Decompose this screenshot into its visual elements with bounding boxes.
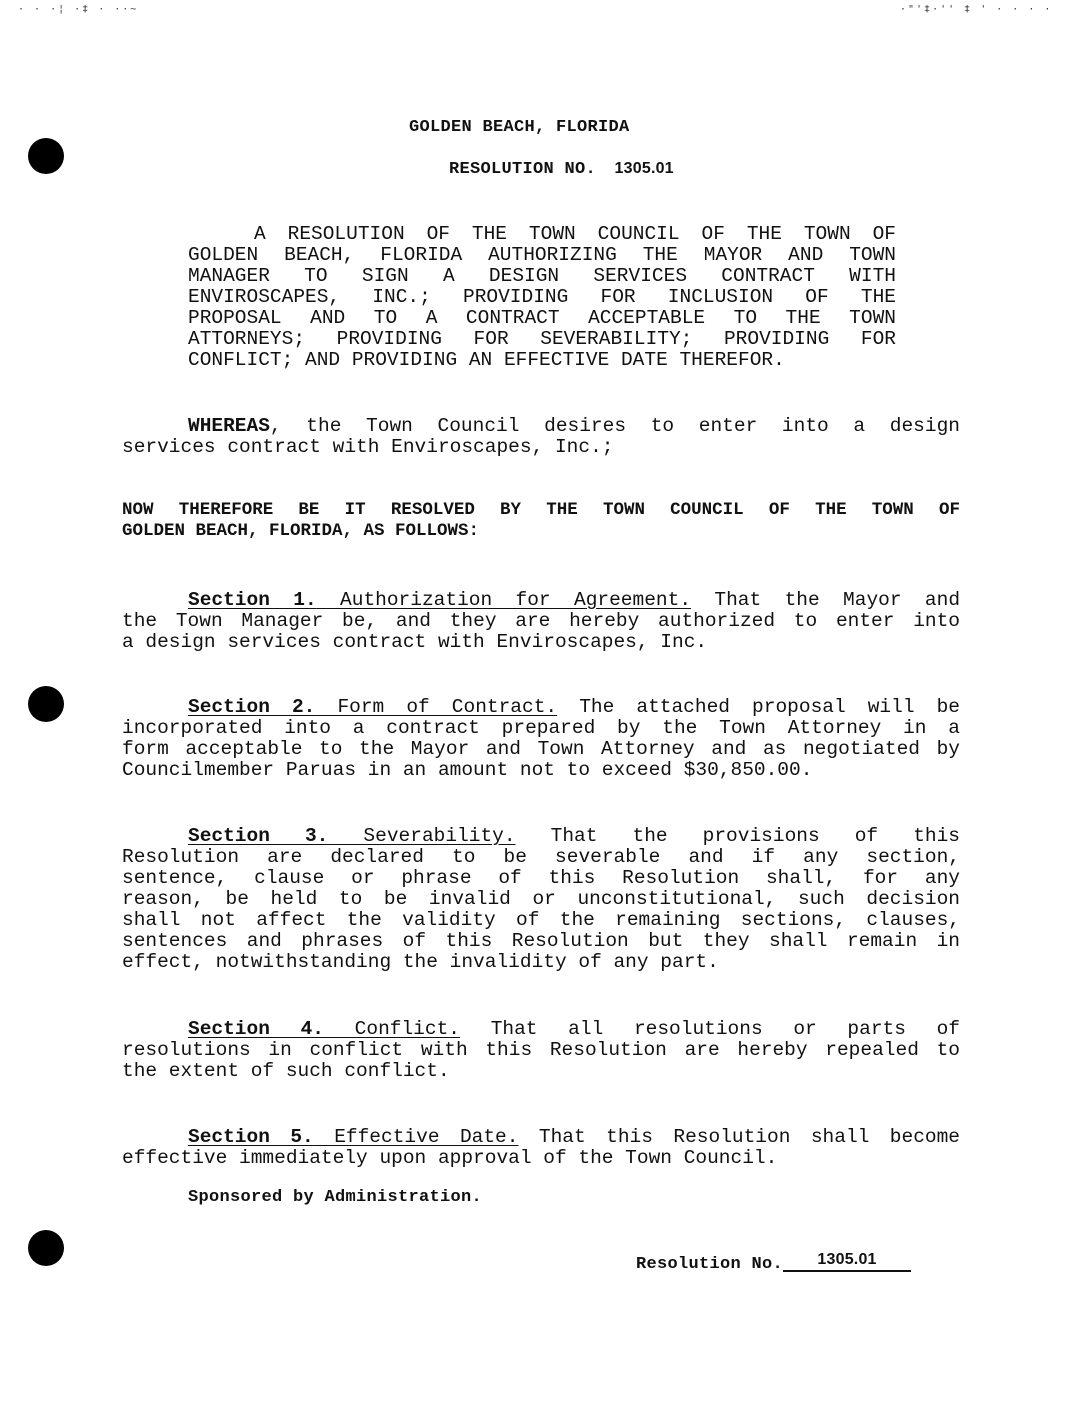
section-3-line: shall not affect the validity of the rem… — [122, 910, 960, 931]
whereas-line-2: services contract with Enviroscapes, Inc… — [122, 437, 960, 458]
section-4-first-line: Section 4. Conflict. That all resolution… — [122, 1019, 960, 1040]
section-3-first-line: Section 3. Severability. That the provis… — [122, 826, 960, 847]
title-line: GOLDEN BEACH, FLORIDA AUTHORIZING THE MA… — [188, 245, 896, 266]
section-3-line: Resolution are declared to be severable … — [122, 847, 960, 868]
section-1-first-line: Section 1.Section 1. Authorization for A… — [122, 590, 960, 611]
section-5: Section 5. Effective Date. That this Res… — [122, 1127, 960, 1169]
section-2: Section 2. Form of Contract. The attache… — [122, 697, 960, 781]
footer-resolution: Resolution No.1305.01 — [636, 1255, 911, 1276]
resolution-number: 1305.01 — [615, 160, 674, 177]
whereas-line-1: WHEREAS, the Town Council desires to ent… — [122, 416, 960, 437]
scan-artifact-top-right: ·"'‡·'' ‡ ' · · · · — [900, 4, 1052, 15]
punch-hole-top — [28, 138, 64, 174]
resolved-line-2: GOLDEN BEACH, FLORIDA, AS FOLLOWS: — [122, 521, 960, 542]
section-1-line: the Town Manager be, and they are hereby… — [122, 611, 960, 632]
resolved-line-1: NOW THEREFORE BE IT RESOLVED BY THE TOWN… — [122, 500, 960, 521]
section-5-line: effective immediately upon approval of t… — [122, 1148, 960, 1169]
section-1: Section 1.Section 1. Authorization for A… — [122, 590, 960, 653]
resolution-title: A RESOLUTION OF THE TOWN COUNCIL OF THE … — [188, 224, 896, 371]
section-3: Section 3. Severability. That the provis… — [122, 826, 960, 973]
title-line: PROPOSAL AND TO A CONTRACT ACCEPTABLE TO… — [188, 308, 896, 329]
section-2-line: Councilmember Paruas in an amount not to… — [122, 760, 960, 781]
title-line: ENVIROSCAPES, INC.; PROVIDING FOR INCLUS… — [188, 287, 896, 308]
section-1-line: a design services contract with Envirosc… — [122, 632, 960, 653]
section-3-line: reason, be held to be invalid or unconst… — [122, 889, 960, 910]
title-line: A RESOLUTION OF THE TOWN COUNCIL OF THE … — [188, 224, 896, 245]
punch-hole-middle — [28, 686, 64, 722]
section-5-first-line: Section 5. Effective Date. That this Res… — [122, 1127, 960, 1148]
section-4-line: resolutions in conflict with this Resolu… — [122, 1040, 960, 1061]
section-2-line: form acceptable to the Mayor and Town At… — [122, 739, 960, 760]
section-4-line: the extent of such conflict. — [122, 1061, 960, 1082]
resolved-clause: NOW THEREFORE BE IT RESOLVED BY THE TOWN… — [122, 500, 960, 542]
section-2-first-line: Section 2. Form of Contract. The attache… — [122, 697, 960, 718]
section-4: Section 4. Conflict. That all resolution… — [122, 1019, 960, 1082]
section-3-line: sentences and phrases of this Resolution… — [122, 931, 960, 952]
section-3-heading: Section 3. Severability. — [188, 825, 516, 847]
title-line: CONFLICT; AND PROVIDING AN EFFECTIVE DAT… — [188, 350, 896, 371]
section-4-heading: Section 4. Conflict. — [188, 1018, 460, 1040]
municipality-heading: GOLDEN BEACH, FLORIDA — [409, 118, 630, 137]
resolution-label: RESOLUTION NO. — [449, 160, 596, 179]
title-line: ATTORNEYS; PROVIDING FOR SEVERABILITY; P… — [188, 329, 896, 350]
section-2-heading: Section 2. Form of Contract. — [188, 696, 557, 718]
sponsor-line: Sponsored by Administration. — [188, 1188, 482, 1207]
signature-line: 1305.01 — [783, 1251, 911, 1272]
resolution-number-heading: RESOLUTION NO. 1305.01 — [449, 160, 674, 179]
footer-resolution-number: 1305.01 — [817, 1251, 876, 1268]
scan-artifact-top-left: · · ·¦ ·‡ · ··~ — [18, 4, 138, 15]
section-2-line: incorporated into a contract prepared by… — [122, 718, 960, 739]
section-5-heading: Section 5. Effective Date. — [188, 1126, 518, 1148]
footer-resolution-label: Resolution No. — [636, 1255, 783, 1274]
section-1-heading: Section 1.Section 1. Authorization for A… — [188, 589, 691, 611]
punch-hole-bottom — [28, 1230, 64, 1266]
whereas-keyword: WHEREAS — [188, 415, 270, 437]
section-3-line: effect, notwithstanding the invalidity o… — [122, 952, 960, 973]
section-3-line: sentence, clause or phrase of this Resol… — [122, 868, 960, 889]
whereas-clause: WHEREAS, the Town Council desires to ent… — [122, 416, 960, 458]
title-line: MANAGER TO SIGN A DESIGN SERVICES CONTRA… — [188, 266, 896, 287]
